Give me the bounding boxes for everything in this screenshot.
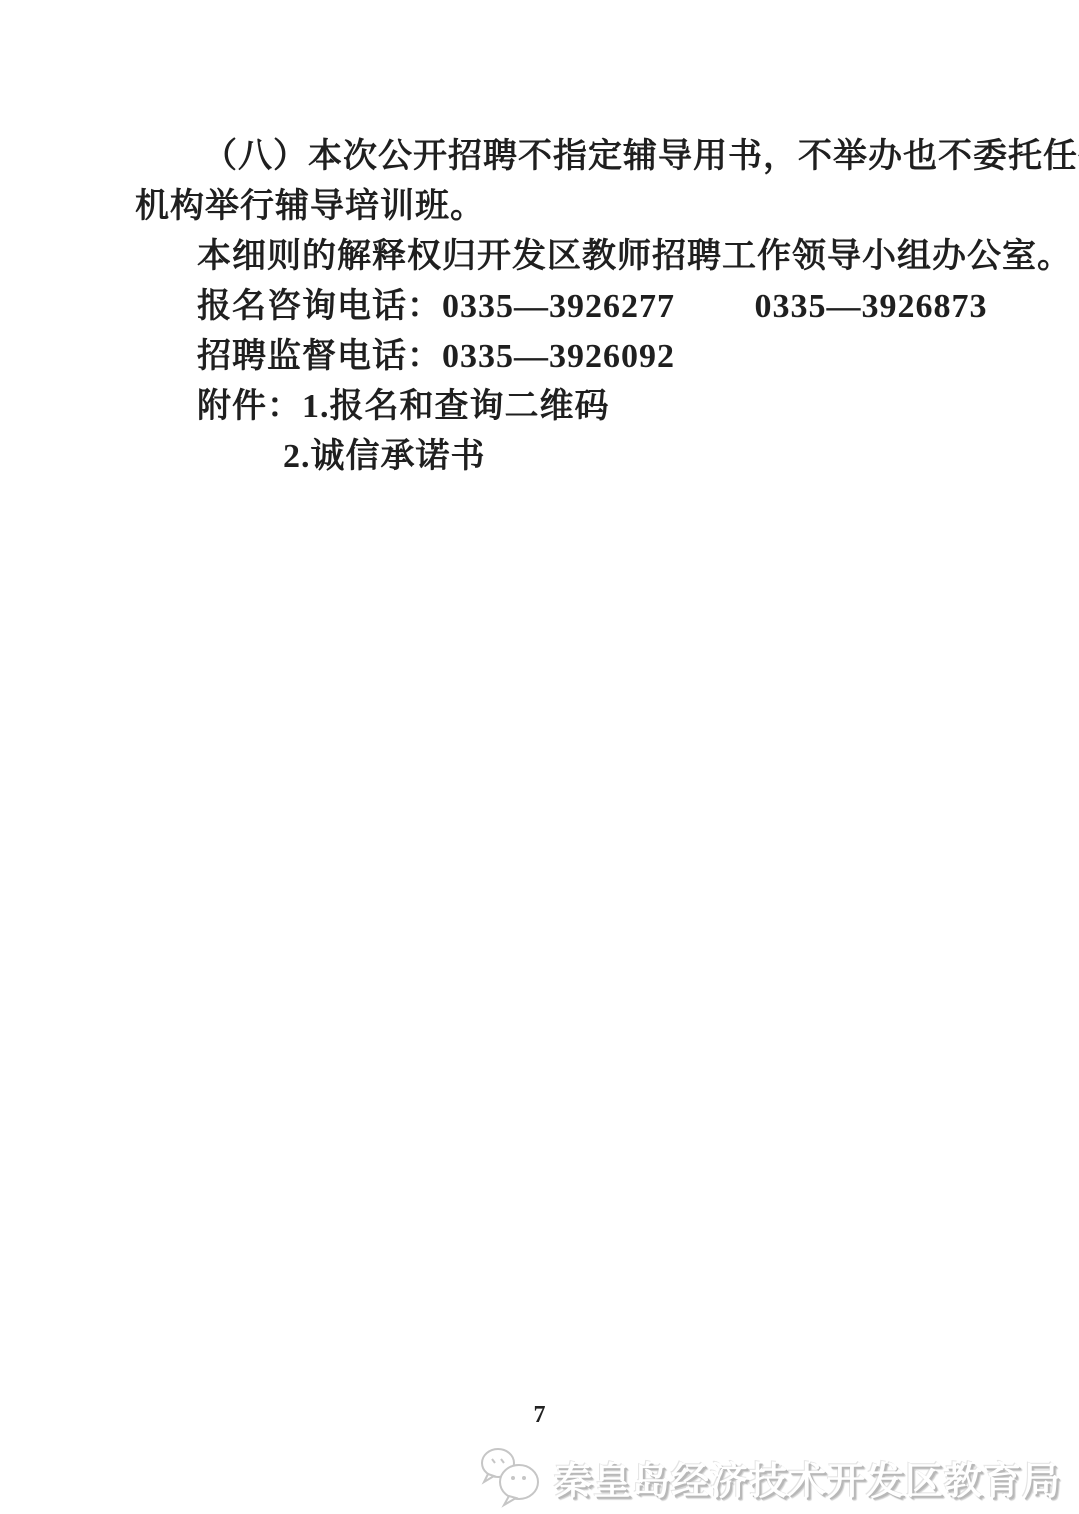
page-number: 7: [0, 1402, 1079, 1429]
doc-line: 附件：1.报名和查询二维码: [135, 382, 947, 432]
doc-line: 招聘监督电话：0335—3926092: [135, 332, 947, 382]
doc-line: 机构举行辅导培训班。: [135, 182, 947, 232]
doc-line: 报名咨询电话：0335—3926277 0335—3926873: [135, 282, 947, 332]
doc-line: 本细则的解释权归开发区教师招聘工作领导小组办公室。: [135, 232, 947, 282]
doc-line: （八）本次公开招聘不指定辅导用书，不举办也不委托任何: [135, 132, 947, 182]
wechat-icon: [476, 1444, 546, 1510]
footer-watermark-text: 秦皇岛经济技术开发区教育局: [554, 1450, 1061, 1505]
document-body: （八）本次公开招聘不指定辅导用书，不举办也不委托任何 机构举行辅导培训班。 本细…: [135, 132, 947, 482]
doc-line: 2.诚信承诺书: [135, 432, 947, 482]
footer-watermark: 秦皇岛经济技术开发区教育局: [476, 1444, 1061, 1510]
document-page: （八）本次公开招聘不指定辅导用书，不举办也不委托任何 机构举行辅导培训班。 本细…: [0, 0, 1079, 1514]
